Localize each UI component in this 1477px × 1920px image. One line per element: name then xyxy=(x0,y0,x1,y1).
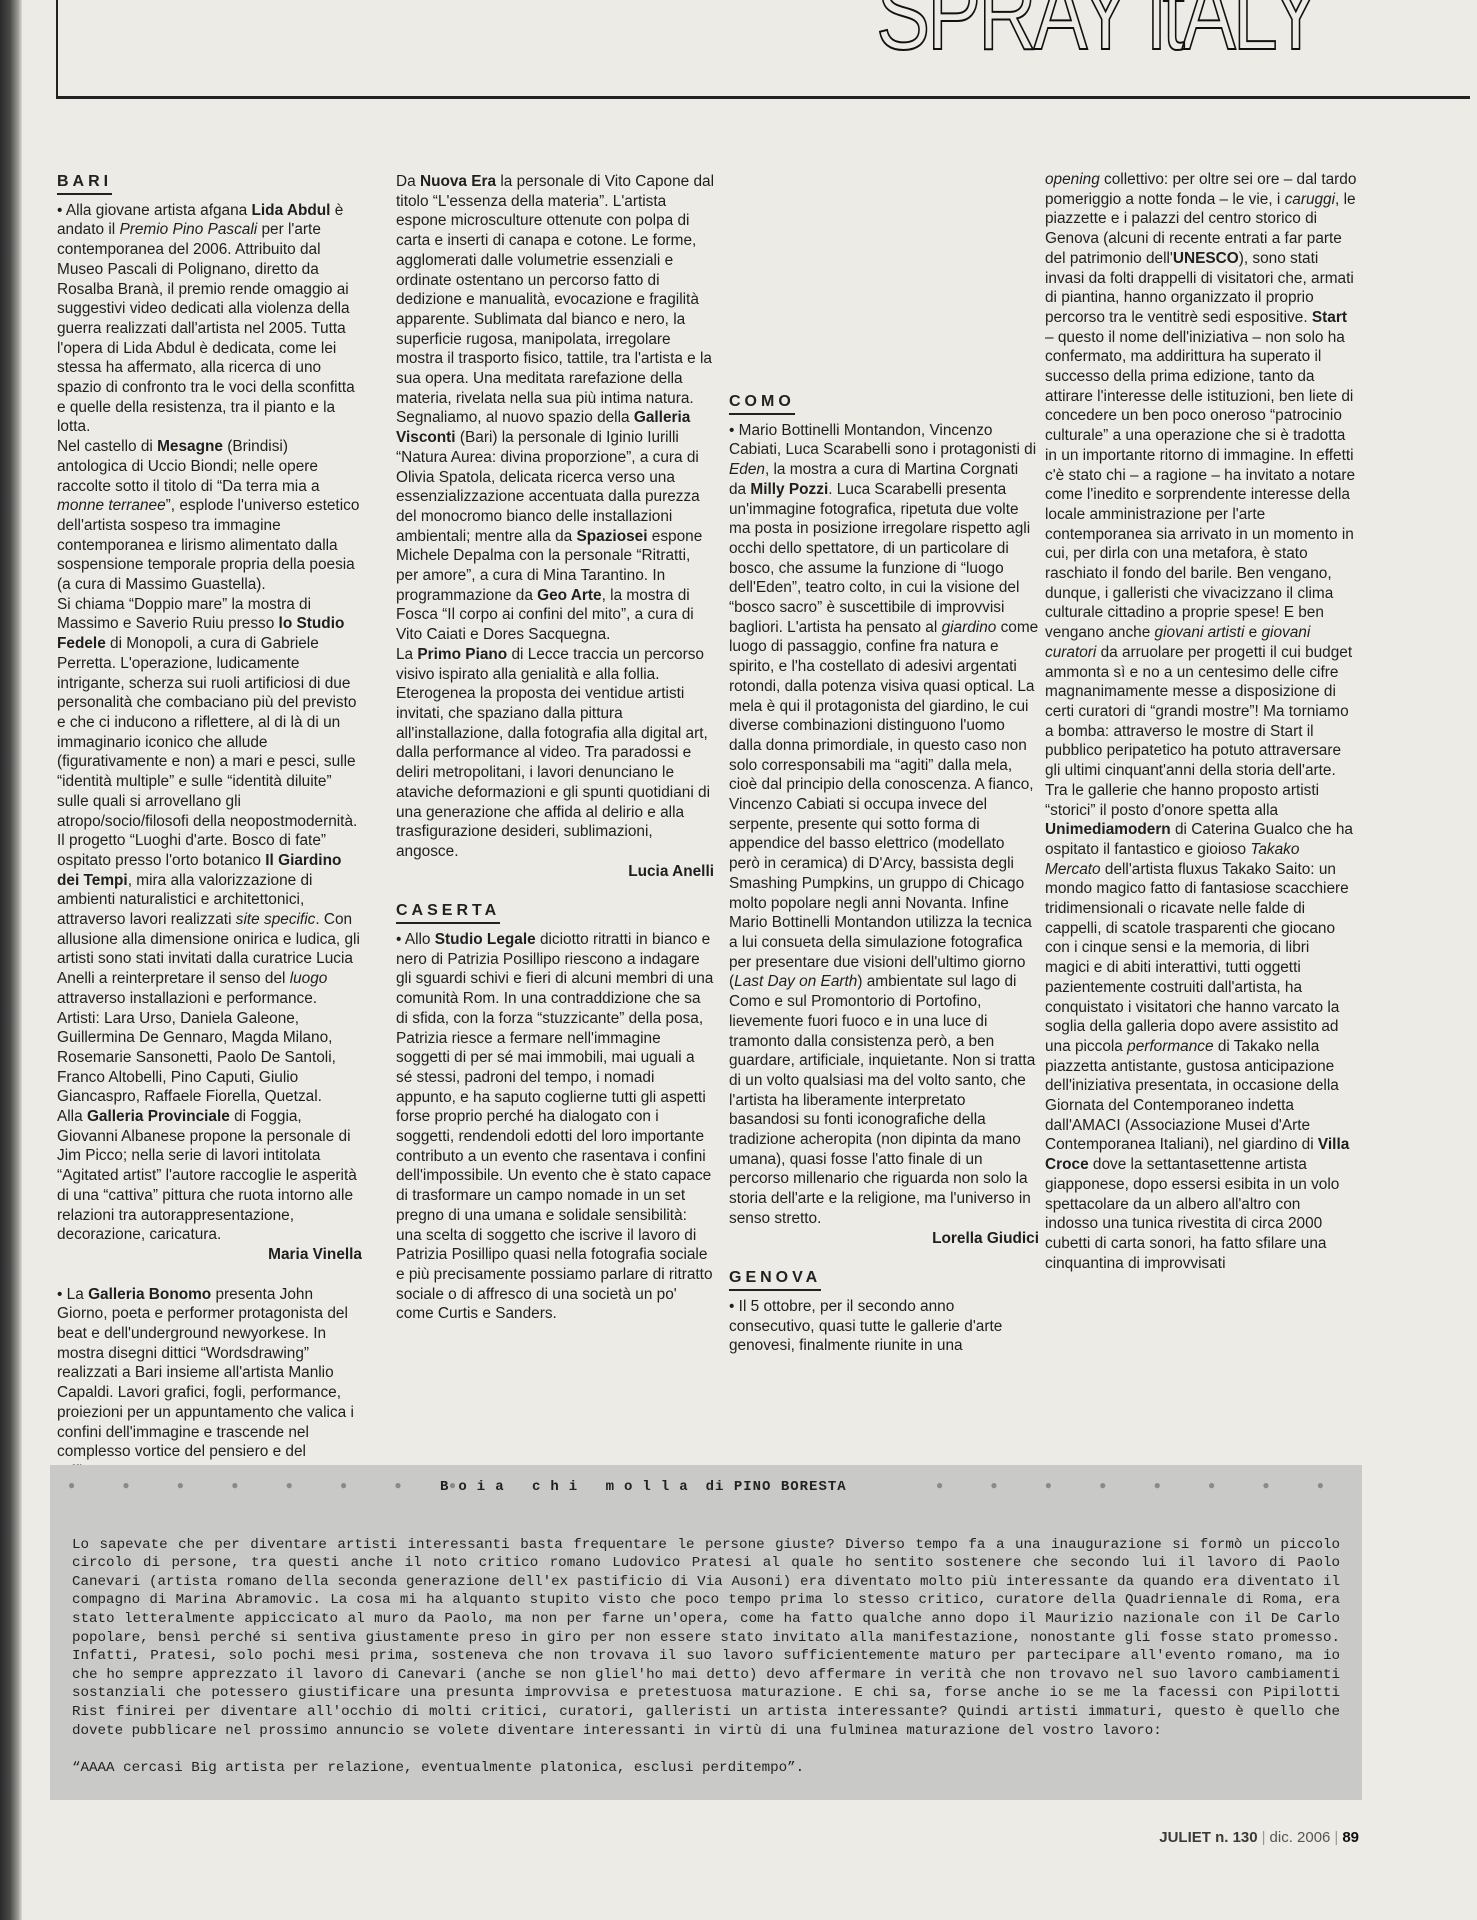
org-name: UNESCO xyxy=(1173,250,1239,267)
column-4: opening collettivo: per oltre sei ore – … xyxy=(1045,170,1357,1273)
article-columns: BARI • Alla giovane artista afgana Lida … xyxy=(57,172,1443,1442)
author-signature: Lucia Anelli xyxy=(396,862,714,882)
text: presenta John Giorno, poeta e performer … xyxy=(57,1286,354,1480)
italic-text: site specific xyxy=(236,911,316,928)
section-title: SPRAY itALY xyxy=(876,0,1320,66)
section-heading-como: COMO xyxy=(729,392,795,415)
text: Alla giovane artista afgana xyxy=(62,202,251,219)
box-title: Boia chi molladi PINO BORESTA xyxy=(440,1479,847,1495)
box-closing-quote: “AAAA cercasi Big artista per relazione,… xyxy=(72,1759,1340,1778)
text: Segnaliamo, al nuovo spazio della xyxy=(396,409,634,426)
section-heading-bari: BARI xyxy=(57,172,112,195)
text: La xyxy=(62,1286,88,1303)
text: la personale di Vito Capone dal titolo “… xyxy=(396,173,714,407)
decorative-dots-icon: ● ● ● ● ● ● ● ● xyxy=(936,1479,1344,1493)
italic-text: luogo xyxy=(290,970,328,987)
section-heading-genova: GENOVA xyxy=(729,1268,821,1291)
text: Allo xyxy=(401,931,434,948)
text: Alla xyxy=(57,1108,87,1125)
paragraph: Alla Galleria Provinciale di Foggia, Gio… xyxy=(57,1107,362,1245)
paragraph: Nel castello di Mesagne (Brindisi) antol… xyxy=(57,437,362,595)
spacer xyxy=(57,1265,362,1285)
text: di Takako nella piazzetta antistante, gu… xyxy=(1045,1038,1339,1154)
column-title: Boia chi molla xyxy=(440,1479,698,1495)
work-title: Last Day on Earth xyxy=(734,973,857,990)
text: La xyxy=(396,646,417,663)
text: di Monopoli, a cura di Gabriele Perretta… xyxy=(57,635,357,829)
paragraph: • Allo Studio Legale diciotto ritratti i… xyxy=(396,930,714,1324)
separator: | xyxy=(1334,1829,1338,1846)
section-heading-caserta: CASERTA xyxy=(396,901,500,924)
exhibition-title: Eden xyxy=(729,461,765,478)
paragraph: Segnaliamo, al nuovo spazio della Galler… xyxy=(396,408,714,644)
text: di Foggia, Giovanni Albanese propone la … xyxy=(57,1108,357,1243)
text: Da xyxy=(396,173,420,190)
paragraph: Si chiama “Doppio mare” la mostra di Mas… xyxy=(57,595,362,831)
text: dell'artista fluxus Takako Saito: un mon… xyxy=(1045,861,1349,1055)
venue-name: Milly Pozzi xyxy=(750,481,828,498)
text: come luogo di passaggio, confine fra nat… xyxy=(729,619,1038,991)
award-name: Premio Pino Pascali xyxy=(119,221,257,238)
sidebar-column-box: ● ● ● ● ● ● ● ● Boia chi molladi PINO BO… xyxy=(50,1465,1362,1800)
magazine-issue: JULIET n. 130 xyxy=(1159,1829,1257,1846)
text: Nel castello di xyxy=(57,438,157,455)
venue-name: Galleria Bonomo xyxy=(88,1286,211,1303)
author-signature: Maria Vinella xyxy=(57,1245,362,1265)
venue-name: Galleria Provinciale xyxy=(87,1108,230,1125)
italic-text: giovani artisti xyxy=(1155,624,1245,641)
italic-text: giardino xyxy=(942,619,997,636)
italic-text: performance xyxy=(1127,1038,1213,1055)
decorative-dots-icon: ● ● ● ● ● ● ● ● xyxy=(68,1479,476,1493)
paragraph: opening collettivo: per oltre sei ore – … xyxy=(1045,170,1357,1273)
venue-name: Nuova Era xyxy=(420,173,496,190)
column-1: BARI • Alla giovane artista afgana Lida … xyxy=(57,172,362,1482)
column-3: COMO • Mario Bottinelli Montandon, Vince… xyxy=(729,392,1039,1357)
text: e xyxy=(1244,624,1261,641)
box-body: Lo sapevate che per diventare artisti in… xyxy=(72,1517,1340,1796)
venue-name: Geo Arte xyxy=(537,587,601,604)
venue-name: Spaziosei xyxy=(577,528,648,545)
venue-name: Mesagne xyxy=(157,438,223,455)
venue-name: Unimediamodern xyxy=(1045,821,1171,838)
text: di Lecce traccia un percorso visivo ispi… xyxy=(396,646,710,860)
artist-name: Lida Abdul xyxy=(251,202,330,219)
italic-text: opening xyxy=(1045,171,1100,188)
text: da arruolare per progetti il cui budget … xyxy=(1045,644,1352,819)
column-author: di PINO BORESTA xyxy=(706,1479,847,1495)
text: Si chiama “Doppio mare” la mostra di Mas… xyxy=(57,596,311,633)
spacer xyxy=(729,1248,1039,1268)
page-number: 89 xyxy=(1342,1829,1359,1846)
paragraph: • Alla giovane artista afgana Lida Abdul… xyxy=(57,201,362,437)
venue-name: Studio Legale xyxy=(435,931,536,948)
italic-text: monne terranee xyxy=(57,497,166,514)
separator: | xyxy=(1262,1829,1266,1846)
text: dove la settantasettenne artista giappon… xyxy=(1045,1156,1339,1272)
spacer xyxy=(396,881,714,901)
text: attraverso installazioni e performance. … xyxy=(57,990,336,1106)
paragraph: • Mario Bottinelli Montandon, Vincenzo C… xyxy=(729,421,1039,1229)
issue-date: dic. 2006 xyxy=(1270,1829,1331,1846)
event-name: Start xyxy=(1312,309,1347,326)
text: – questo il nome dell'iniziativa – non s… xyxy=(1045,329,1355,642)
paragraph: • La Galleria Bonomo presenta John Giorn… xyxy=(57,1285,362,1482)
column-2-content: Da Nuova Era la personale di Vito Capone… xyxy=(396,172,714,1324)
text: per l'arte contemporanea del 2006. Attri… xyxy=(57,221,355,435)
page-header-frame: SPRAY itALY xyxy=(56,0,1470,99)
box-text: Lo sapevate che per diventare artisti in… xyxy=(72,1536,1340,1741)
text: diciotto ritratti in bianco e nero di Pa… xyxy=(396,931,713,1322)
text: Il 5 ottobre, per il secondo anno consec… xyxy=(729,1298,1002,1357)
box-header: ● ● ● ● ● ● ● ● Boia chi molladi PINO BO… xyxy=(68,1479,1344,1501)
venue-name: Primo Piano xyxy=(417,646,507,663)
page-footer: JULIET n. 130|dic. 2006|89 xyxy=(1159,1829,1359,1846)
paragraph: La Primo Piano di Lecce traccia un perco… xyxy=(396,645,714,862)
text: ) ambientate sul lago di Como e sul Prom… xyxy=(729,973,1035,1226)
author-signature: Lorella Giudici xyxy=(729,1229,1039,1249)
paragraph: Il progetto “Luoghi d'arte. Bosco di fat… xyxy=(57,831,362,1107)
book-spine-shadow xyxy=(0,0,22,1920)
text: Mario Bottinelli Montandon, Vincenzo Cab… xyxy=(729,422,1036,459)
italic-text: caruggi xyxy=(1285,191,1335,208)
paragraph: Da Nuova Era la personale di Vito Capone… xyxy=(396,172,714,408)
paragraph: • Il 5 ottobre, per il secondo anno cons… xyxy=(729,1297,1039,1357)
text: . Luca Scarabelli presenta un'immagine f… xyxy=(729,481,1030,636)
